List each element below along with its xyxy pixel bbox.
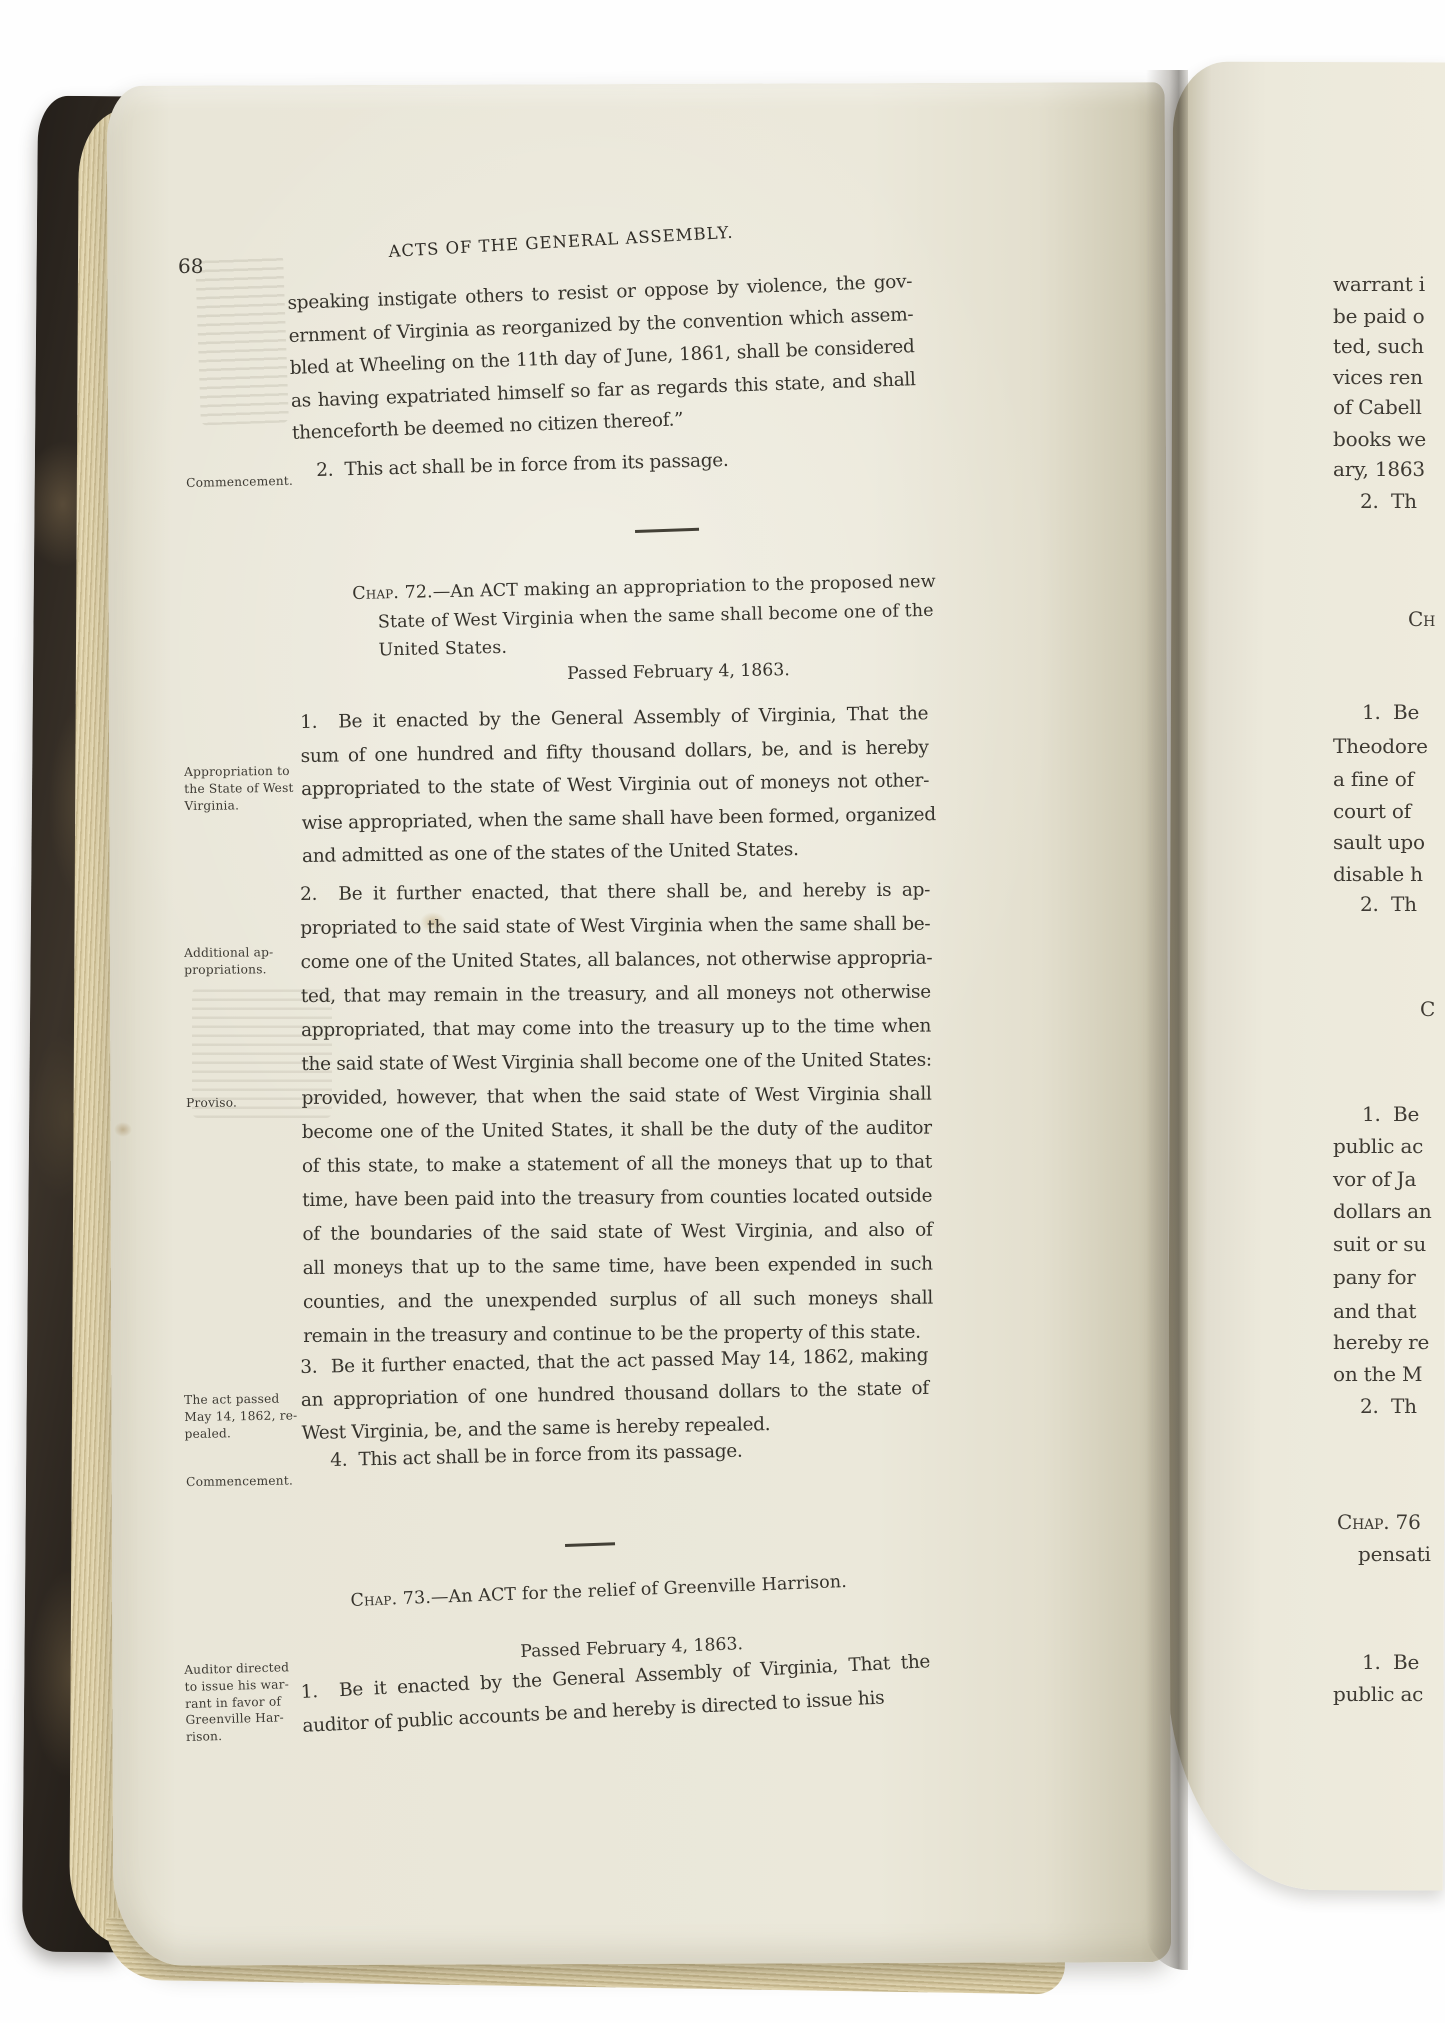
chap72-section3: 3. Be it further enacted, that the act p… <box>300 1339 930 1450</box>
chap72-passed-date: Passed February 4, 1863. <box>567 660 790 684</box>
margin-note-commencement-2: Commencement. <box>186 1472 304 1490</box>
margin-note-act-repealed: The act passedMay 14, 1862, re-pealed. <box>184 1390 303 1442</box>
chap72-section1: 1. Be it enacted by the General Assembly… <box>300 697 930 873</box>
margin-note-additional-appropriations: Additional ap-propriations. <box>184 944 302 979</box>
chap72-section2: 2. Be it further enacted, that there sha… <box>300 874 933 1354</box>
margin-note-appropriation: Appropriation tothe State of WestVirgini… <box>184 763 303 815</box>
page-stain <box>114 1122 132 1137</box>
margin-note-commencement: Commencement. <box>186 473 304 492</box>
intro-paragraph: speaking instigate others to resist or o… <box>287 266 917 450</box>
book-photo: 68 ACTS OF THE GENERAL ASSEMBLY. speakin… <box>0 0 1445 2023</box>
chap72-heading: Chap. 72.—An ACT making an appropriation… <box>352 568 937 666</box>
page-number: 68 <box>178 254 203 278</box>
margin-note-auditor-warrant: Auditor directedto issue his war-rant in… <box>184 1659 304 1746</box>
book-gutter-shadow <box>1146 70 1188 1970</box>
margin-note-proviso: Proviso. <box>186 1094 304 1112</box>
ink-showthrough <box>195 255 289 426</box>
